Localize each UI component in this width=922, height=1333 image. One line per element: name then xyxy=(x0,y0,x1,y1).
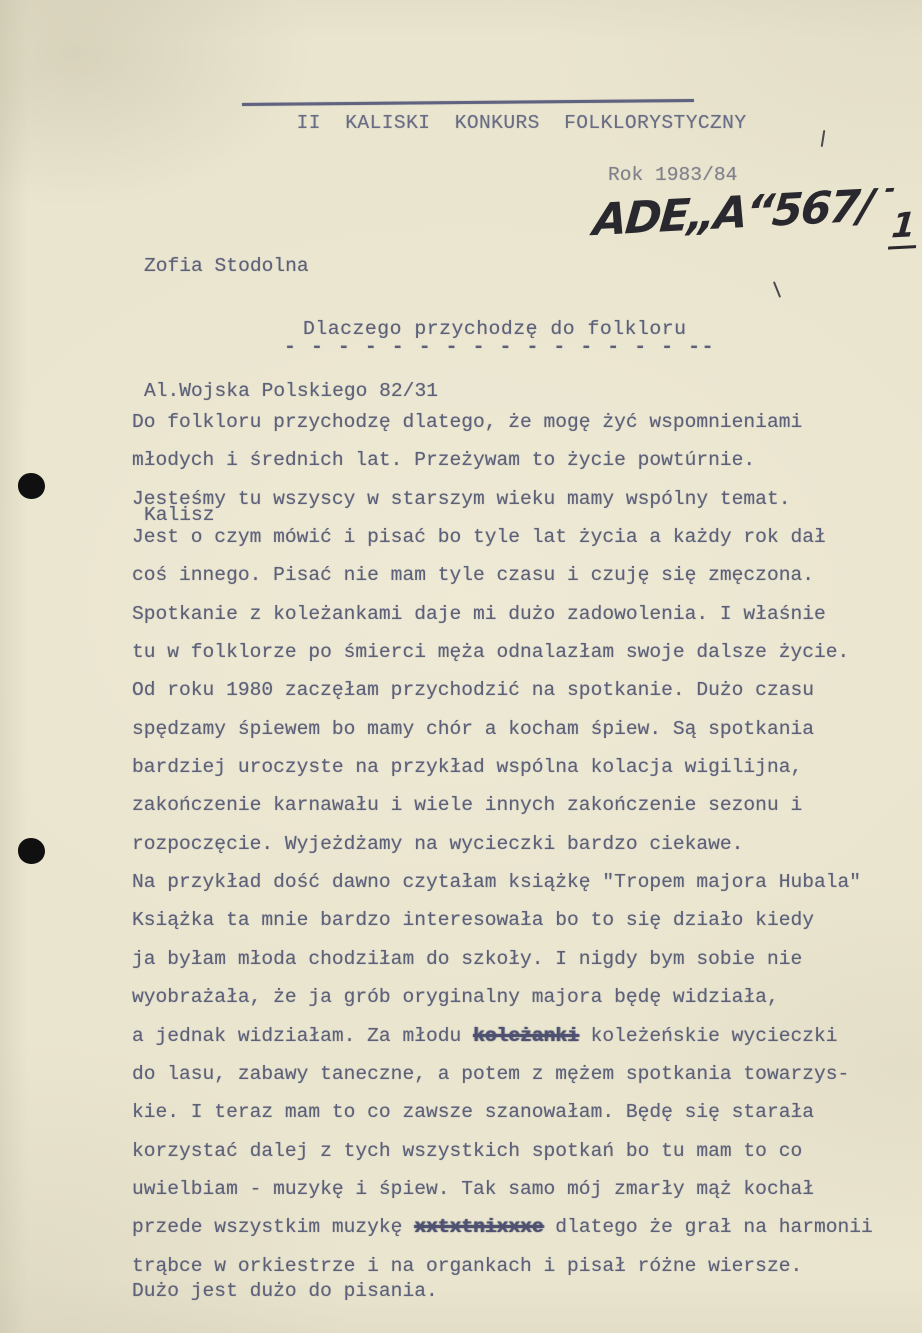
essay-line: korzystać dalej z tych wszystkich spotka… xyxy=(132,1132,922,1170)
essay-line: wyobrażała, że ja grób oryginalny majora… xyxy=(132,978,922,1016)
struck-word: koleżanki xyxy=(473,1025,579,1047)
archive-code-main: ADE„A“567/ xyxy=(591,180,874,246)
essay-text-segment: tu w folklorze po śmierci męża odnalazła… xyxy=(132,641,849,663)
essay-line: Do folkloru przychodzę dlatego, że mogę … xyxy=(132,403,922,441)
essay-text-segment: a jednak widziałam. Za młodu xyxy=(132,1025,473,1047)
essay-text-segment: Do folkloru przychodzę dlatego, że mogę … xyxy=(132,411,802,433)
essay-line: Jest o czym mówić i pisać bo tyle lat ży… xyxy=(132,518,922,556)
essay-text-segment: wyobrażała, że ja grób oryginalny majora… xyxy=(132,986,779,1008)
handwritten-archive-code: ADE„A“567/ - 1 xyxy=(591,177,922,247)
essay-line: zakończenie karnawału i wiele innych zak… xyxy=(132,786,922,824)
essay-line: bardziej uroczyste na przykład wspólna k… xyxy=(132,748,922,786)
essay-text-segment: ja byłam młoda chodziłam do szkoły. I ni… xyxy=(132,948,802,970)
essay-line: Książka ta mnie bardzo interesowała bo t… xyxy=(132,901,922,939)
essay-text-segment: Od roku 1980 zaczęłam przychodzić na spo… xyxy=(132,679,814,701)
essay-line: Od roku 1980 zaczęłam przychodzić na spo… xyxy=(132,671,922,709)
struck-word: xxtxtnixxxe xyxy=(414,1216,543,1238)
essay-text-segment: Dużo jest dużo do pisania. xyxy=(132,1280,438,1302)
essay-text-segment: spędzamy śpiewem bo mamy chór a kocham ś… xyxy=(132,718,814,740)
essay-text-segment: koleżeńskie wycieczki xyxy=(579,1025,838,1047)
essay-text-segment: Na przykład dość dawno czytałam książkę … xyxy=(132,871,861,893)
essay-line: kie. I teraz mam to co zawsze szanowałam… xyxy=(132,1093,922,1131)
essay-line: Spotkanie z koleżankami daje mi dużo zad… xyxy=(132,595,922,633)
essay-body: Do folkloru przychodzę dlatego, że mogę … xyxy=(132,403,922,1310)
contest-header-text: II KALISKI KONKURS FOLKLORYSTYCZNY xyxy=(297,112,747,134)
essay-text-segment: rozpoczęcie. Wyjeżdżamy na wycieczki bar… xyxy=(132,833,743,855)
essay-line: coś innego. Pisać nie mam tyle czasu i c… xyxy=(132,556,922,594)
sender-name: Zofia Stodolna xyxy=(144,246,438,288)
pen-mark-top-right xyxy=(821,130,826,147)
essay-line: tu w folklorze po śmierci męża odnalazła… xyxy=(132,633,922,671)
essay-line: Na przykład dość dawno czytałam książkę … xyxy=(132,863,922,901)
year-label: Rok 1983/84 xyxy=(608,164,737,186)
essay-line: młodych i średnich lat. Przeżywam to życ… xyxy=(132,441,922,479)
essay-line: rozpoczęcie. Wyjeżdżamy na wycieczki bar… xyxy=(132,825,922,863)
essay-text-segment: do lasu, zabawy taneczne, a potem z męże… xyxy=(132,1063,849,1085)
strikethrough-line xyxy=(242,99,694,106)
essay-line: do lasu, zabawy taneczne, a potem z męże… xyxy=(132,1055,922,1093)
essay-text-segment: uwielbiam - muzykę i śpiew. Tak samo mój… xyxy=(132,1178,814,1200)
essay-line: przede wszystkim muzykę xxtxtnixxxe dlat… xyxy=(132,1208,922,1246)
pen-mark-below-code xyxy=(773,281,781,298)
essay-text-segment: Jesteśmy tu wszyscy w starszym wieku mam… xyxy=(132,488,790,510)
essay-text-segment: przede wszystkim muzykę xyxy=(132,1216,414,1238)
essay-text-segment: młodych i średnich lat. Przeżywam to życ… xyxy=(132,449,755,471)
punch-hole-top xyxy=(18,473,45,499)
essay-text-segment: kie. I teraz mam to co zawsze szanowałam… xyxy=(132,1101,814,1123)
document-page: II KALISKI KONKURS FOLKLORYSTYCZNY Zofia… xyxy=(0,0,922,1333)
essay-line: a jednak widziałam. Za młodu koleżanki k… xyxy=(132,1017,922,1055)
essay-text-segment: Książka ta mnie bardzo interesowała bo t… xyxy=(132,909,814,931)
essay-text-segment: coś innego. Pisać nie mam tyle czasu i c… xyxy=(132,564,814,586)
essay-line: Jesteśmy tu wszyscy w starszym wieku mam… xyxy=(132,480,922,518)
essay-text-segment: zakończenie karnawału i wiele innych zak… xyxy=(132,794,802,816)
essay-line: uwielbiam - muzykę i śpiew. Tak samo mój… xyxy=(132,1170,922,1208)
essay-text-segment: Jest o czym mówić i pisać bo tyle lat ży… xyxy=(132,526,826,548)
essay-line: spędzamy śpiewem bo mamy chór a kocham ś… xyxy=(132,710,922,748)
essay-text-segment: korzystać dalej z tych wszystkich spotka… xyxy=(132,1140,802,1162)
essay-line: ja byłam młoda chodziłam do szkoły. I ni… xyxy=(132,940,922,978)
punch-hole-bottom xyxy=(18,838,45,864)
essay-text-segment: Spotkanie z koleżankami daje mi dużo zad… xyxy=(132,603,826,625)
essay-title-underline: - - - - - - - - - - - - - - - -- xyxy=(284,336,715,358)
essay-text-segment: bardziej uroczyste na przykład wspólna k… xyxy=(132,756,802,778)
essay-text-segment: dlatego że grał na harmonii xyxy=(544,1216,873,1238)
archive-code-dash: - xyxy=(884,174,895,205)
archive-code-number: 1 xyxy=(888,205,920,250)
